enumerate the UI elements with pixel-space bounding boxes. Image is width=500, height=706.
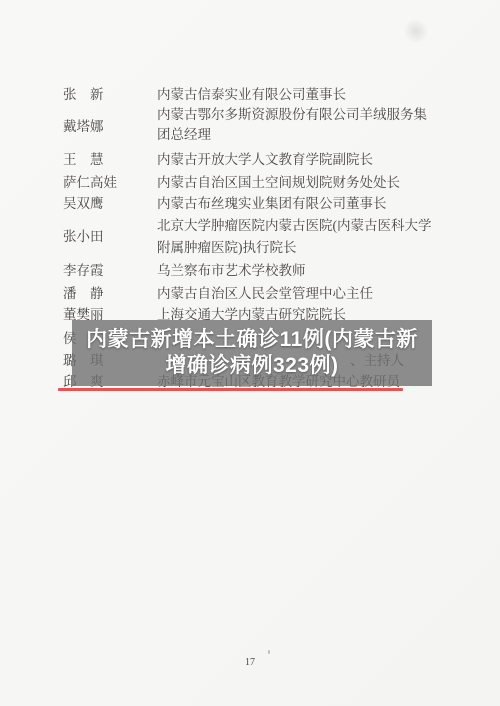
person-title-line2: 附属肿瘤医院)执行院长	[157, 240, 297, 255]
person-title: 内蒙古自治区国土空间规划院财务处处长	[157, 175, 400, 190]
person-title-line2: 团总经理	[157, 127, 211, 142]
person-title-line1: 内蒙古鄂尔多斯资源股份有限公司羊绒服务集	[157, 107, 427, 122]
headline-overlay: 内蒙古新增本土确诊11例(内蒙古新 增确诊病例323例)	[72, 320, 432, 386]
person-name: 李存霞	[63, 263, 104, 278]
headline-line2: 增确诊病例323例)	[165, 353, 338, 379]
person-title: 内蒙古布丝瑰实业集团有限公司董事长	[157, 196, 387, 211]
person-name: 潘 静	[63, 286, 104, 301]
person-title: 内蒙古自治区人民会堂管理中心主任	[157, 286, 373, 301]
person-title: 乌兰察布市艺术学校教师	[157, 263, 306, 278]
red-underline	[58, 388, 403, 391]
person-name: 张 新	[63, 87, 104, 102]
person-title: 内蒙古开放大学人文教育学院副院长	[157, 152, 373, 167]
person-name: 吴双鹰	[63, 196, 104, 211]
person-name: 萨仁高娃	[63, 175, 117, 190]
page-number: 17	[238, 657, 262, 669]
person-name: 王 慧	[63, 152, 104, 167]
person-name: 张小田	[63, 229, 104, 244]
person-title: 内蒙古信泰实业有限公司董事长	[157, 87, 346, 102]
headline-line1: 内蒙古新增本土确诊11例(内蒙古新	[86, 327, 418, 353]
scanned-document-page: 张 新 内蒙古信泰实业有限公司董事长 戴塔娜 内蒙古鄂尔多斯资源股份有限公司羊绒…	[0, 0, 500, 706]
scan-artifact-smudge	[392, 7, 440, 54]
person-title-line1: 北京大学肿瘤医院内蒙古医院(内蒙古医科大学	[157, 218, 432, 233]
scan-artifact-speck	[268, 650, 270, 654]
person-name: 戴塔娜	[63, 119, 104, 134]
